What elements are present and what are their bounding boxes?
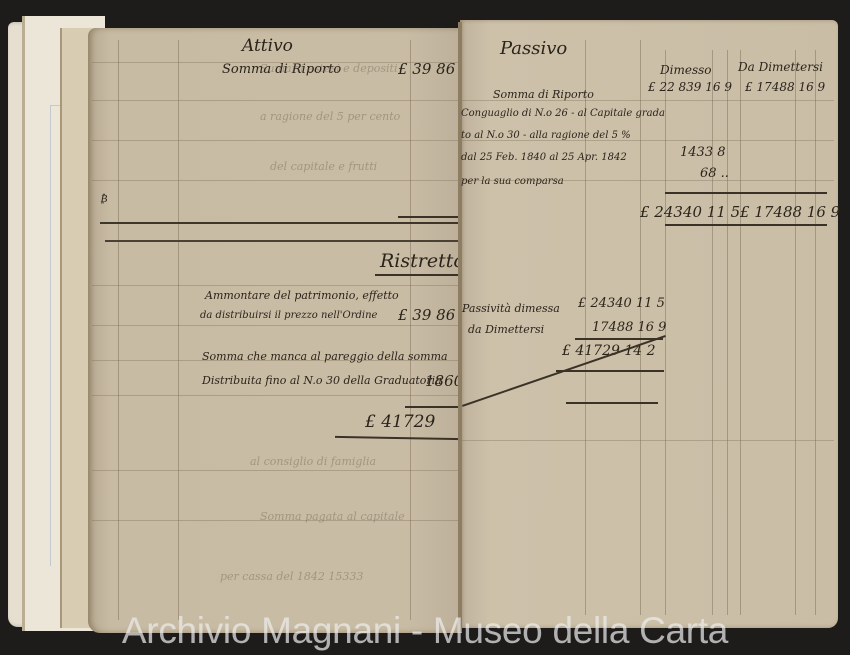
restatement-amount: £ 39 86 <box>398 306 455 324</box>
underline <box>665 224 827 226</box>
ruled-line <box>712 50 713 615</box>
section-title: Ristretto <box>380 250 465 272</box>
separator-line <box>100 222 460 224</box>
entry-value: 1433 8 <box>680 145 726 160</box>
bleed-through-text: per cassa del 1842 15333 <box>220 570 363 583</box>
summary-total: £ 41729 14 2 <box>562 343 656 359</box>
ruled-line <box>92 325 458 326</box>
restatement-line: Somma che manca al pareggio della somma <box>202 350 448 363</box>
ruled-line <box>178 40 179 620</box>
ruled-line <box>92 180 458 181</box>
ruled-line <box>585 40 586 615</box>
ruled-line <box>410 40 411 620</box>
underline <box>566 402 658 404</box>
entry-line: to al N.o 30 - alla ragione del 5 % <box>461 130 631 141</box>
attivo-heading: Attivo <box>242 36 293 56</box>
restatement-line: Ammontare del patrimonio, effetto <box>205 289 399 302</box>
underline <box>398 216 460 218</box>
restatement-line: Distribuita fino al N.o 30 della Graduat… <box>202 374 442 387</box>
archive-watermark: Archivio Magnani - Museo della Carta <box>0 610 850 652</box>
ruled-line <box>740 50 741 615</box>
underline <box>556 370 664 372</box>
ruled-line <box>815 50 816 615</box>
carry-value-dimesso: £ 22 839 16 9 <box>648 80 732 94</box>
ruled-line <box>92 395 458 396</box>
restatement-line: da distribuirsi il prezzo nell'Ordine <box>200 310 377 321</box>
ruled-line <box>118 40 119 620</box>
passivo-heading: Passivo <box>500 38 567 59</box>
ruled-line <box>92 140 458 141</box>
column-header-da-dimettersi: Da Dimettersi <box>738 60 823 74</box>
bleed-through-text: Somma pagata al capitale <box>260 510 405 523</box>
summary-label: da Dimettersi <box>468 323 544 336</box>
summary-value: £ 24340 11 5 <box>578 296 665 311</box>
carry-value-da-dimettersi: £ 17488 16 9 <box>745 80 825 94</box>
ruled-line <box>92 470 458 471</box>
ruled-line <box>462 440 834 441</box>
underline <box>665 192 827 194</box>
carry-amount: £ 39 86 <box>398 60 455 78</box>
bleed-through-text: al consiglio di famiglia <box>250 455 376 468</box>
summary-value: 17488 16 9 <box>592 320 666 335</box>
entry-value: 68 .. <box>700 166 729 181</box>
carry-label: Somma di Riporto <box>493 88 594 101</box>
ruled-line <box>795 50 796 615</box>
entry-line: dal 25 Feb. 1840 al 25 Apr. 1842 <box>461 152 627 163</box>
entry-line: Conguaglio di N.o 26 - al Capitale grada <box>461 108 665 119</box>
ruled-line <box>92 285 458 286</box>
restatement-total: £ 41729 <box>365 412 435 432</box>
carry-label: Somma di Riporto <box>222 62 341 77</box>
summary-label: Passività dimessa <box>462 302 560 315</box>
margin-mark: ₿ <box>100 192 107 205</box>
bleed-through-text: del capitale e frutti <box>270 160 377 173</box>
ruled-line <box>92 100 458 101</box>
bleed-through-text: a ragione del 5 per cento <box>260 110 400 123</box>
total-dimesso: £ 24340 11 5 <box>640 203 740 221</box>
entry-line: per la sua comparsa <box>461 176 564 187</box>
total-da-dimettersi: £ 17488 16 9 <box>740 203 840 221</box>
column-header-dimesso: Dimesso <box>660 63 711 77</box>
underline <box>405 406 461 408</box>
ruled-line <box>727 50 728 615</box>
